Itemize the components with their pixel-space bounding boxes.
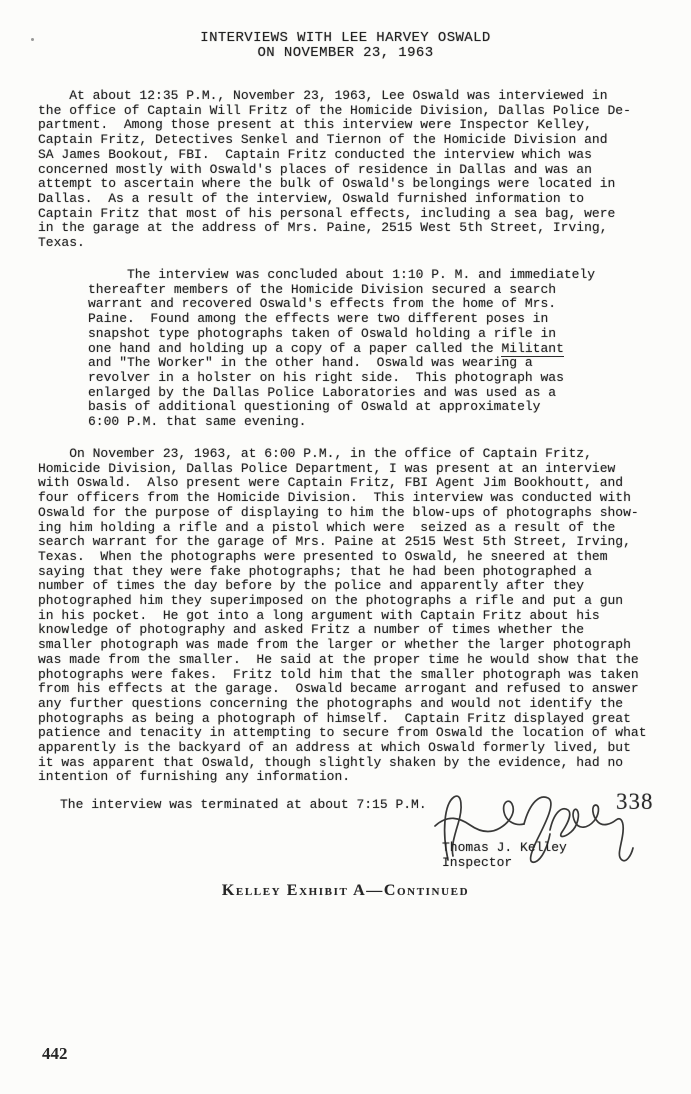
paragraph-evening-interview: On November 23, 1963, at 6:00 P.M., in t… <box>38 447 647 785</box>
title-line-1: INTERVIEWS WITH LEE HARVEY OSWALD <box>0 31 691 46</box>
exhibit-caption: Kelley Exhibit A—Continued <box>0 882 691 900</box>
paragraph-search-warrant: The interview was concluded about 1:10 P… <box>88 268 595 430</box>
paragraph-first-interview: At about 12:35 P.M., November 23, 1963, … <box>38 89 631 251</box>
title-line-2: ON NOVEMBER 23, 1963 <box>0 46 691 61</box>
closing-line: The interview was terminated at about 7:… <box>60 798 427 813</box>
paragraph2-text-after: and "The Worker" in the other hand. Oswa… <box>88 355 564 429</box>
signatory-name: Thomas J. Kelley <box>442 841 567 856</box>
folio-page-number: 442 <box>42 1044 68 1064</box>
signature-block: Thomas J. KelleyInspector <box>442 841 567 870</box>
underlined-word-militant: Militant <box>501 341 563 357</box>
document-title: INTERVIEWS WITH LEE HARVEY OSWALDON NOVE… <box>0 31 691 61</box>
signatory-title: Inspector <box>442 856 567 871</box>
document-page: INTERVIEWS WITH LEE HARVEY OSWALDON NOVE… <box>0 0 691 1094</box>
scan-speck <box>31 38 34 41</box>
